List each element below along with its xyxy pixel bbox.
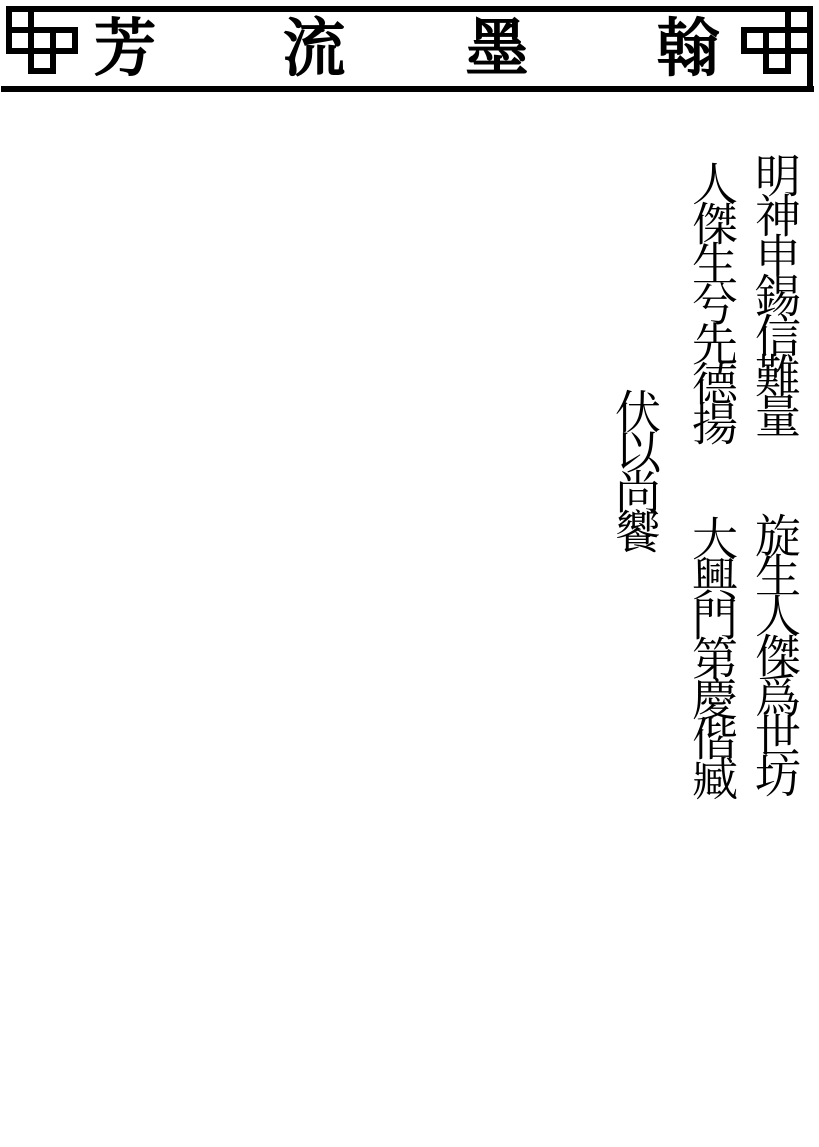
banner-title-char-3: 墨 bbox=[465, 12, 529, 84]
verse-column-right-phrase-2: 旋生人傑爲世坊 bbox=[747, 512, 803, 792]
verse-column-middle-phrase-2: 大興門第慶偕臧 bbox=[684, 515, 740, 795]
verse-column-middle-phrase-1: 人傑生兮先德揚 bbox=[684, 160, 740, 440]
banner-title-char-2: 流 bbox=[282, 12, 346, 84]
verse-column-right-phrase-1: 明神申錫信難量 bbox=[747, 152, 803, 432]
left-fret-knot-icon bbox=[9, 9, 75, 71]
verse-column-left-closing-phrase: 伏以尚饗 bbox=[607, 388, 663, 548]
right-fret-knot-icon bbox=[744, 9, 810, 89]
banner-title-char-4: 翰 bbox=[656, 12, 720, 84]
document-page: 芳 流 墨 翰 明神申錫信難量 旋生人傑爲世坊 人傑生兮先德揚 大興門第慶偕臧 … bbox=[0, 0, 819, 1147]
banner-header: 芳 流 墨 翰 bbox=[0, 0, 819, 100]
banner-title-char-1: 芳 bbox=[93, 12, 157, 84]
